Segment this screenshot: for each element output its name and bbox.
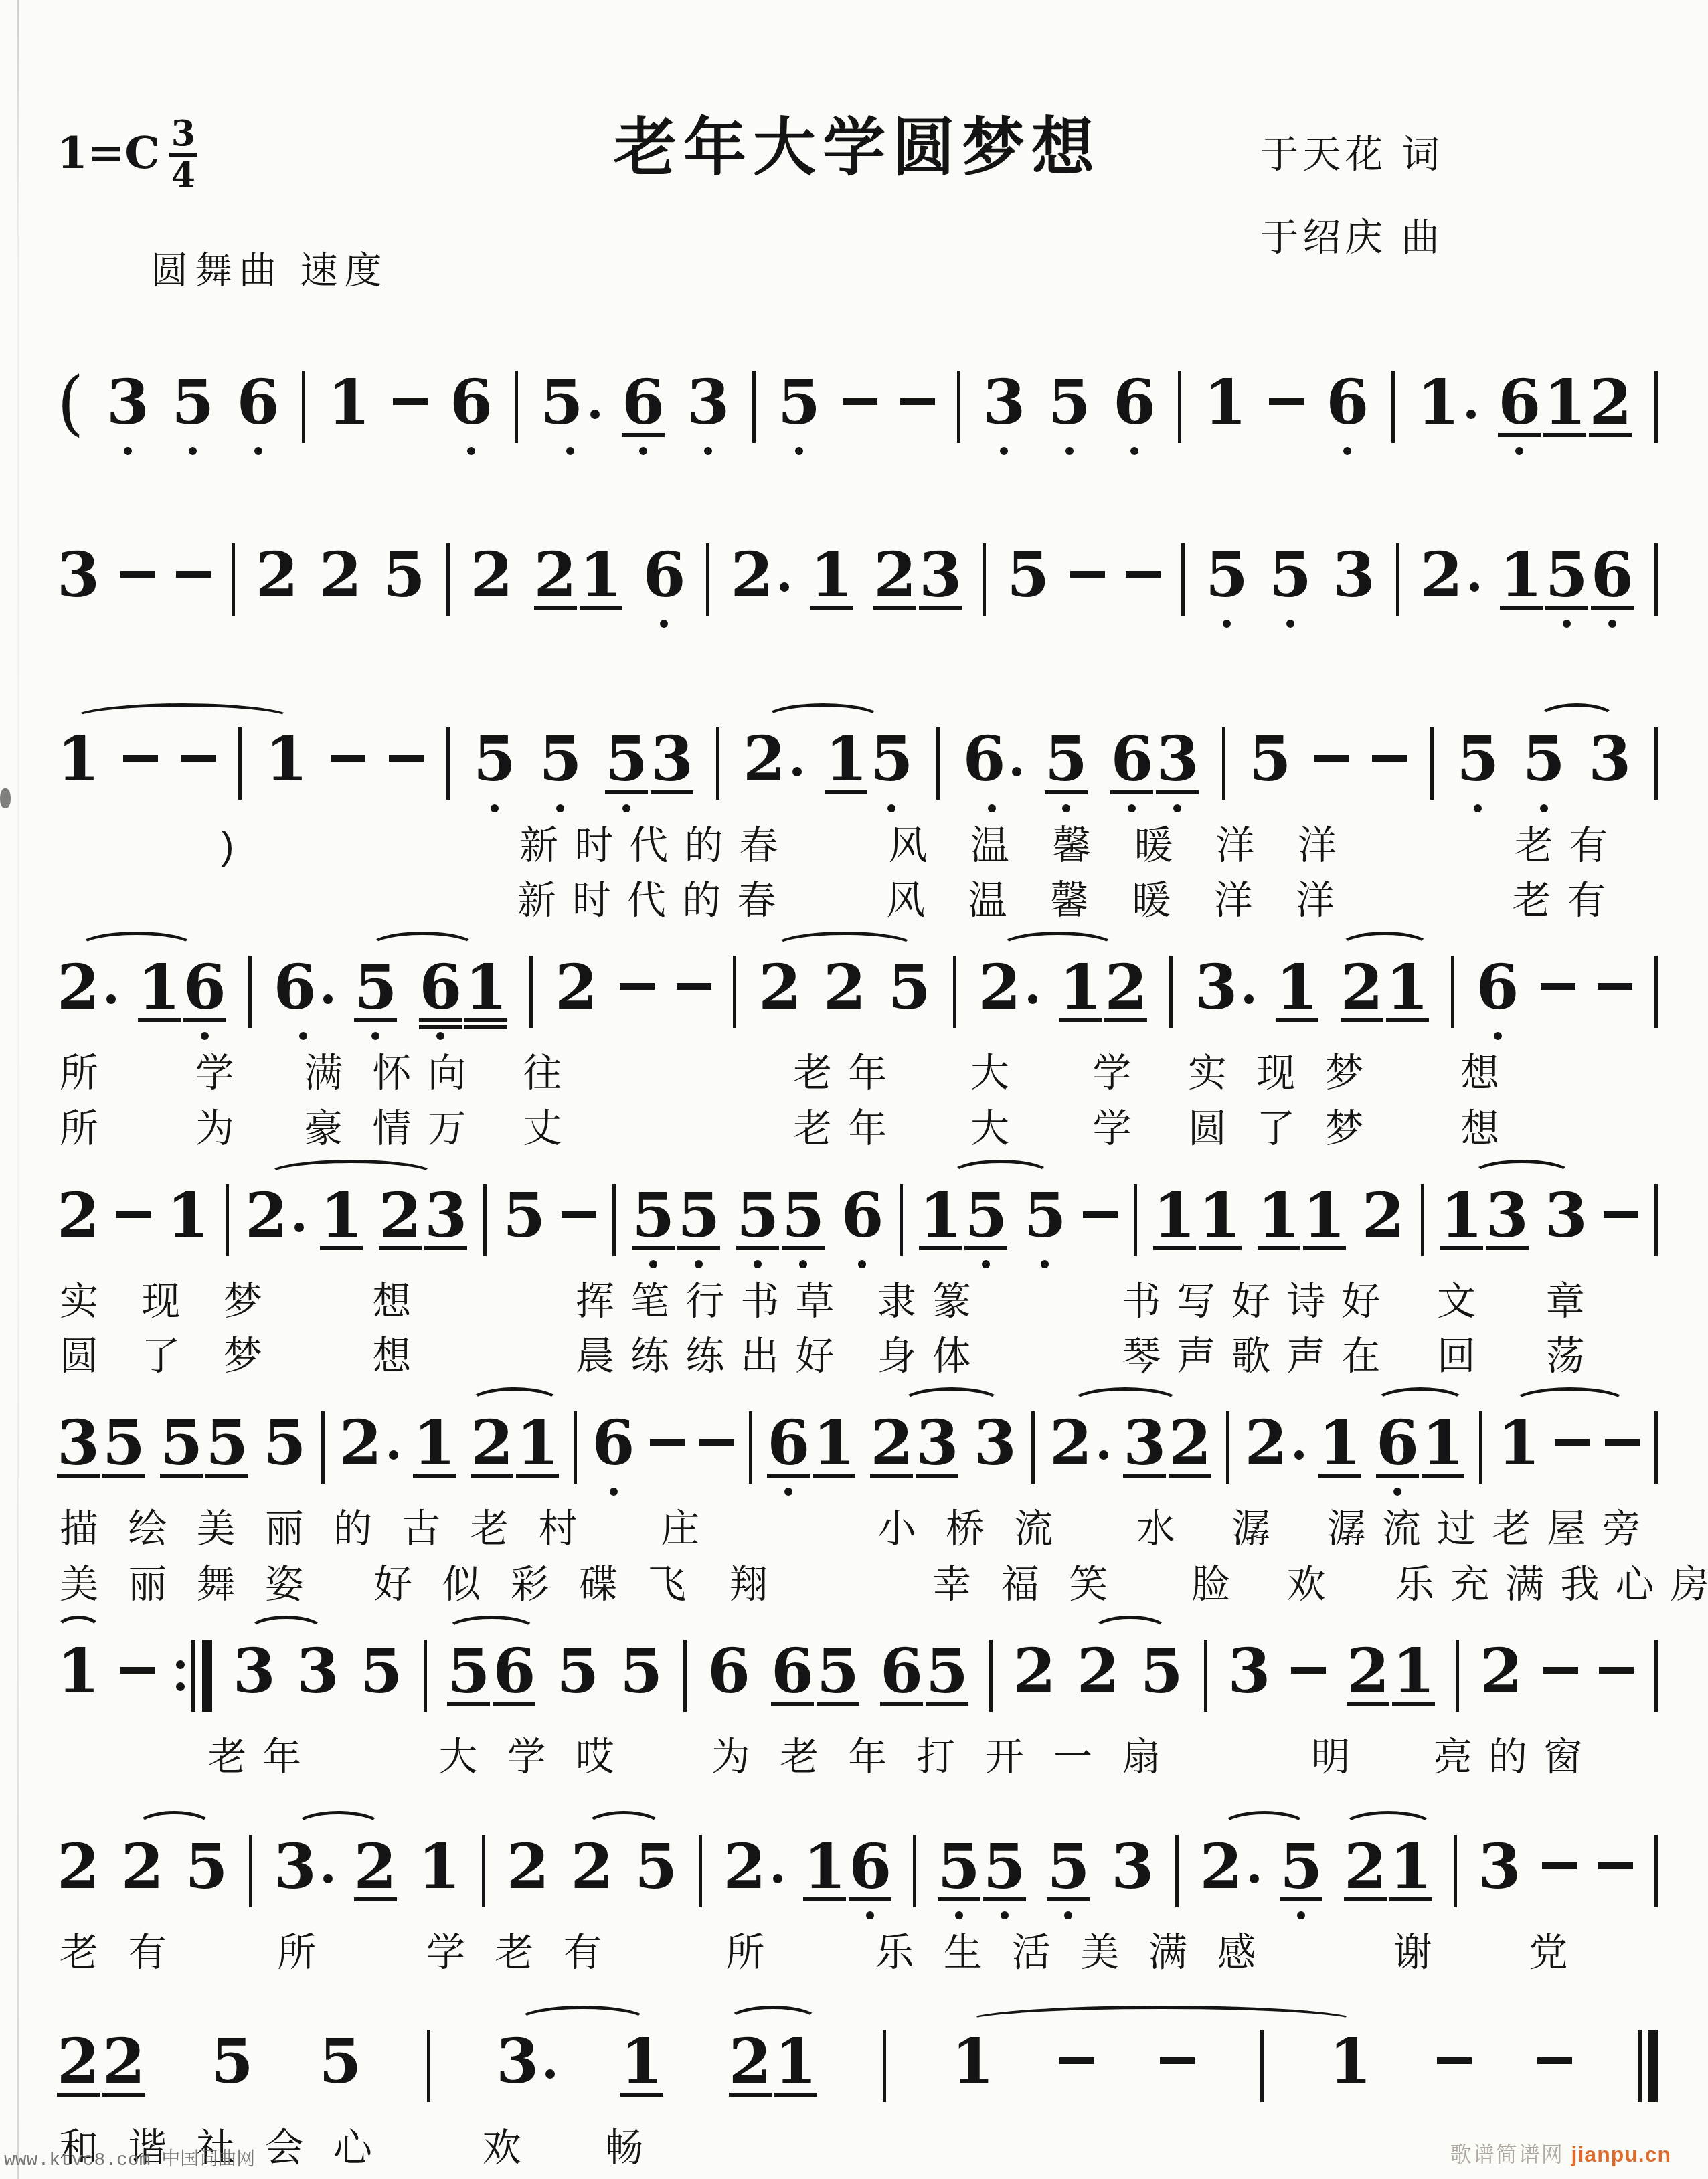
dash-continuation — [116, 1211, 151, 1218]
note-digit: 3 — [1478, 1840, 1521, 1893]
barline — [1175, 1835, 1179, 1907]
note: 5 — [360, 1645, 403, 1725]
barline — [529, 956, 533, 1028]
note: 1 — [774, 2035, 817, 2115]
note: 1 — [57, 1645, 100, 1725]
open-paren: ( — [57, 376, 84, 430]
final-barline — [1638, 2030, 1658, 2102]
duration-underline — [1258, 1246, 1300, 1250]
low-octave-dot — [1286, 620, 1294, 628]
lyrics-line: 美 丽 舞 姿 好 似 彩 碟 飞 翔 幸 福 笑 脸 欢 乐 充 满 我 心 … — [57, 1563, 1658, 1607]
duration-underline — [1110, 790, 1153, 794]
note-digit: 5 — [1523, 733, 1565, 785]
score-line: 225321225216555325213老 有 所 学 老 有 所 乐 生 活… — [57, 1811, 1658, 1976]
note-digit: 3 — [296, 1645, 339, 1697]
barline — [957, 371, 960, 443]
low-octave-dot — [660, 620, 668, 628]
low-octave-dot — [639, 447, 647, 455]
duration-underline — [916, 1474, 958, 1478]
note-digit: 5 — [263, 1417, 306, 1469]
note-digit: 1 — [1500, 549, 1543, 601]
duration-underline — [870, 1474, 913, 1478]
note: 5 — [1140, 1645, 1183, 1725]
note: 2 — [729, 2035, 772, 2115]
note-digit: 1 — [1153, 1189, 1196, 1241]
note-digit: 5 — [1045, 733, 1088, 785]
note-digit: 2 — [1341, 961, 1383, 1013]
note: 2 — [1077, 1645, 1120, 1725]
note-digit: 6 — [1376, 1417, 1419, 1469]
note-digit: 5 — [1048, 376, 1091, 428]
duration-underline — [880, 1702, 923, 1706]
note: 3 — [233, 1645, 276, 1725]
note: 2 — [1049, 1417, 1108, 1496]
note-digit: 2 — [534, 549, 577, 601]
low-octave-dot — [1064, 1911, 1072, 1919]
duration-underline — [447, 1702, 490, 1706]
duration-underline — [57, 1474, 100, 1478]
note-digit: 5 — [473, 733, 516, 785]
barline — [1456, 1640, 1459, 1712]
note-digit: 6 — [880, 1645, 923, 1697]
duration-underline — [938, 1897, 980, 1901]
note: 5 — [211, 2035, 254, 2115]
dash-continuation — [1083, 1211, 1118, 1218]
dash-continuation — [1537, 2057, 1572, 2064]
duration-underline — [1318, 1474, 1361, 1478]
barline — [1479, 1411, 1482, 1484]
note: 2 — [1344, 1840, 1387, 1920]
note: 6 — [1591, 549, 1634, 628]
barline — [424, 1640, 427, 1712]
duration-underline — [983, 1897, 1026, 1901]
beamed-group: 156 — [1500, 549, 1634, 628]
note-digit: 3 — [1545, 1189, 1588, 1241]
note-digit: 6 — [592, 1417, 635, 1469]
note: 2 — [57, 961, 116, 1041]
duration-underline — [1344, 1897, 1387, 1901]
note: 6 — [622, 376, 665, 456]
note: 5 — [632, 1189, 675, 1269]
dash-continuation — [1372, 755, 1407, 762]
beamed-group: 15 — [919, 1189, 1007, 1269]
dash-continuation — [650, 1439, 685, 1446]
note: 1 — [919, 1189, 962, 1269]
note: 1 — [1276, 961, 1318, 1041]
note: 1 — [951, 2035, 994, 2115]
note: 5 — [1023, 1189, 1066, 1269]
note: 5 — [778, 376, 821, 456]
duration-underline — [1389, 1897, 1432, 1901]
beamed-group: 21 — [471, 1417, 559, 1496]
lyrics-line: 圆 了 梦 想 晨 练 练 出 好 身 体 琴 声 歌 声 在 回 荡 — [57, 1334, 1658, 1379]
low-octave-dot — [887, 804, 895, 812]
note-digit: 2 — [1049, 1417, 1092, 1469]
note: 1 — [464, 961, 507, 1041]
note-digit: 1 — [1276, 961, 1318, 1013]
note: 5 — [1269, 549, 1312, 628]
note: 1 — [1392, 1645, 1435, 1725]
duration-underline — [1059, 1018, 1102, 1022]
barline — [883, 2030, 886, 2102]
barline — [1654, 727, 1658, 800]
duration-underline — [1347, 1702, 1389, 1706]
note-digit: 1 — [1204, 376, 1247, 428]
note-digit: 5 — [964, 1189, 1007, 1241]
note-digit: 1 — [138, 961, 181, 1013]
note: 6 — [1376, 1417, 1419, 1496]
note-digit: 1 — [825, 733, 867, 785]
low-octave-dot — [254, 447, 262, 455]
note: 2 — [743, 733, 802, 812]
note-digit: 2 — [823, 961, 866, 1013]
note: 5 — [354, 961, 397, 1041]
note-digit: 2 — [1200, 1840, 1243, 1893]
low-octave-dot — [982, 1260, 990, 1268]
beamed-group: 12 — [1059, 961, 1147, 1041]
note: 1 — [1386, 961, 1429, 1041]
low-octave-dot — [1001, 1911, 1009, 1919]
duration-underline — [580, 606, 622, 610]
note-digit: 2 — [57, 2035, 100, 2087]
note: 2 — [1169, 1417, 1211, 1496]
low-octave-dot — [866, 1911, 874, 1919]
barline — [1421, 1184, 1424, 1256]
note: 1 — [1059, 961, 1102, 1041]
duration-underline — [102, 1474, 145, 1478]
note-digit: 5 — [211, 2035, 254, 2087]
dash-continuation — [1541, 983, 1575, 990]
note: 5 — [205, 1417, 248, 1496]
note: 3 — [1333, 549, 1375, 628]
note: 1 — [1543, 376, 1586, 456]
note-digit: 1 — [580, 549, 622, 601]
low-octave-dot — [371, 1032, 379, 1040]
note: 1 — [1500, 549, 1543, 628]
note: 3 — [1486, 1189, 1529, 1269]
augmentation-dot — [1250, 1874, 1259, 1883]
credits: 于天花 词 于绍庆 曲 — [1260, 124, 1444, 262]
scan-edge-artifact — [17, 0, 19, 2179]
note-digit: 1 — [1258, 1189, 1300, 1241]
note: 6 — [274, 961, 333, 1041]
notation-row: 2166561222521231216 — [57, 932, 1658, 1041]
note-digit: 6 — [622, 376, 665, 428]
note-digit: 2 — [723, 1840, 766, 1893]
note: 2 — [758, 961, 801, 1041]
note: 6 — [643, 549, 685, 628]
low-octave-dot — [704, 447, 712, 455]
watermark-right: 歌谱简谱网 jianpu.cn — [1450, 2138, 1671, 2168]
dash-continuation — [1555, 1439, 1590, 1446]
note-digit: 6 — [707, 1645, 750, 1697]
note-digit: 3 — [233, 1645, 276, 1697]
note: 1 — [413, 1417, 456, 1496]
barline — [446, 543, 450, 616]
barline — [238, 727, 242, 800]
note: 2 — [730, 549, 789, 628]
note: 6 — [1110, 733, 1153, 812]
note: 1 — [1204, 376, 1247, 456]
note-digit: 6 — [1591, 549, 1634, 601]
note-digit: 6 — [183, 961, 226, 1013]
dash-continuation — [562, 1211, 596, 1218]
barline — [699, 1835, 702, 1907]
note: 2 — [102, 2035, 145, 2115]
low-octave-dot — [201, 1032, 209, 1040]
note-digit: 3 — [1111, 1840, 1154, 1893]
lyrics-line: 所 学 满 怀 向 往 老 年 大 学 实 现 梦 想 — [57, 1051, 1658, 1096]
barline — [1654, 543, 1658, 616]
note: 3 — [1588, 733, 1631, 812]
slur-arc — [1512, 1387, 1627, 1418]
augmentation-dot — [545, 2069, 555, 2079]
beamed-group: 61 — [419, 961, 507, 1041]
dash-continuation — [1604, 1211, 1638, 1218]
note-digit: 2 — [121, 1840, 164, 1893]
note-digit: 5 — [1023, 1189, 1066, 1241]
note-digit: 5 — [1140, 1645, 1183, 1697]
note: 1 — [825, 733, 867, 812]
note-digit: 6 — [1498, 376, 1541, 428]
duration-underline — [493, 1702, 535, 1706]
note-digit: 1 — [1417, 376, 1460, 428]
duration-underline — [782, 1246, 825, 1250]
score: (356165635356161612322522162123555321561… — [57, 347, 1658, 2170]
dash-continuation — [389, 755, 424, 762]
barline — [1391, 371, 1395, 443]
note-digit: 5 — [605, 733, 648, 785]
note-digit: 5 — [1248, 733, 1291, 785]
duration-underline — [1386, 1018, 1429, 1022]
barline — [706, 543, 709, 616]
dash-continuation — [1605, 1439, 1640, 1446]
duration-underline — [919, 606, 962, 610]
augmentation-dot — [1099, 1450, 1108, 1460]
note-digit: 3 — [1123, 1417, 1166, 1469]
dash-continuation — [1160, 2057, 1195, 2064]
slur-arc — [78, 932, 195, 962]
note-digit: 6 — [419, 961, 462, 1013]
note: 1 — [320, 1189, 363, 1269]
duration-underline — [622, 433, 665, 437]
note-digit: 1 — [1318, 1417, 1361, 1469]
note: 1 — [57, 733, 100, 812]
barline — [1654, 1184, 1658, 1256]
lyrics-line: 老 有 所 学 老 有 所 乐 生 活 美 满 感 谢 党 — [57, 1931, 1658, 1976]
note-digit: 2 — [555, 961, 598, 1013]
slur-arc — [901, 1387, 1001, 1418]
barline — [226, 1184, 229, 1256]
note: 5 — [447, 1645, 490, 1725]
barline — [1204, 1640, 1207, 1712]
note-digit: 5 — [1280, 1840, 1322, 1893]
note-digit: 5 — [938, 1840, 980, 1893]
note-digit: 5 — [171, 376, 214, 428]
barline — [900, 1184, 903, 1256]
note-digit: 6 — [1113, 376, 1156, 428]
note-digit: 2 — [354, 1840, 397, 1893]
slur-arc — [1092, 1616, 1168, 1646]
barline — [515, 371, 518, 443]
beamed-group: 11 — [1153, 1189, 1242, 1269]
note-digit: 3 — [1333, 549, 1375, 601]
duration-underline — [1303, 1246, 1346, 1250]
barline — [1181, 543, 1185, 616]
note-digit: 2 — [570, 1840, 613, 1893]
low-octave-dot — [1000, 447, 1008, 455]
note-digit: 1 — [413, 1417, 456, 1469]
beamed-group: 65 — [771, 1645, 859, 1725]
dash-continuation — [1291, 1667, 1326, 1674]
note: 3 — [274, 1840, 333, 1920]
note: 6 — [237, 376, 280, 456]
note-digit: 1 — [1422, 1417, 1464, 1469]
barline — [321, 1411, 325, 1484]
beamed-group: 55 — [938, 1840, 1026, 1920]
duration-underline — [771, 1702, 814, 1706]
watermark-site-name: 歌谱简谱网 — [1450, 2142, 1564, 2166]
barline — [983, 543, 986, 616]
slur-arc — [248, 1616, 324, 1646]
notation-row: 13355655665652253212 — [57, 1616, 1658, 1725]
note-digit: 2 — [1589, 376, 1632, 428]
note: 1 — [1417, 376, 1476, 456]
note-digit: 1 — [1389, 1840, 1432, 1893]
dash-continuation — [1598, 1862, 1633, 1869]
dash-continuation — [120, 571, 155, 578]
note-digit: 2 — [870, 1417, 913, 1469]
barline — [913, 1835, 916, 1907]
beamed-group: 55 — [160, 1417, 248, 1496]
note-digit: 5 — [383, 549, 426, 601]
notation-row: 2255312111 — [57, 2006, 1658, 2115]
note: 1 — [1497, 1417, 1540, 1496]
note: 2 — [873, 549, 916, 628]
duration-underline — [736, 1246, 779, 1250]
lyrics-line: 实 现 梦 想 挥 笔 行 书 草 隶 篆 书 写 好 诗 好 文 章 — [57, 1280, 1658, 1324]
notation-row: 225321225216555325213 — [57, 1811, 1658, 1920]
lyrics-line: ) 新 时 代 的 春 风 温 馨 暖 洋 洋 老 有 — [57, 824, 1658, 869]
note: 5 — [620, 1645, 663, 1725]
note: 3 — [974, 1417, 1017, 1496]
note-digit: 1 — [320, 1189, 363, 1241]
note: 5 — [1248, 733, 1291, 812]
note: 3 — [424, 1189, 467, 1269]
note: 5 — [503, 1189, 545, 1269]
augmentation-dot — [590, 410, 600, 419]
watermark-left: www.ktvc8.com 中国词曲网 — [4, 2144, 255, 2171]
note: 6 — [450, 376, 493, 456]
note: 3 — [296, 1645, 339, 1725]
note: 2 — [1362, 1189, 1405, 1269]
barline — [482, 1835, 485, 1907]
augmentation-dot — [1466, 410, 1476, 419]
augmentation-dot — [1012, 767, 1021, 776]
duration-underline — [1199, 1246, 1242, 1250]
note: 1 — [327, 376, 370, 456]
note: 2 — [823, 961, 866, 1041]
score-line: 2166561222521231216所 学 满 怀 向 往 老 年 大 学 实… — [57, 932, 1658, 1152]
dash-continuation — [1059, 2057, 1094, 2064]
note-digit: 1 — [167, 1189, 209, 1241]
duration-underline — [1545, 606, 1588, 610]
duration-underline — [632, 1246, 675, 1250]
note: 5 — [938, 1840, 980, 1920]
note: 6 — [849, 1840, 891, 1920]
barline — [752, 371, 756, 443]
slur-arc — [266, 1160, 436, 1191]
dash-continuation — [900, 398, 935, 405]
beamed-group: 612 — [1498, 376, 1632, 456]
slur-arc — [294, 1811, 382, 1842]
score-line: 21212355555615511112133实 现 梦 想 挥 笔 行 书 草… — [57, 1160, 1658, 1380]
note: 5 — [926, 1645, 968, 1725]
note: 5 — [1523, 733, 1565, 812]
note: 1 — [1303, 1189, 1346, 1269]
lyricist-credit: 于天花 词 — [1260, 124, 1444, 179]
note: 3 — [919, 549, 962, 628]
lyrics-line: 和 谐 社 会 心 欢 畅 — [57, 2126, 1658, 2171]
note: 5 — [736, 1189, 779, 1269]
note-digit: 6 — [849, 1840, 891, 1893]
low-octave-dot — [988, 804, 996, 812]
notation-row: 32252216212355532156 — [57, 519, 1658, 628]
slur-arc — [999, 932, 1116, 962]
note-digit: 2 — [1344, 1840, 1387, 1893]
note: 2 — [978, 961, 1037, 1041]
note-digit: 2 — [1013, 1645, 1056, 1697]
beamed-group: 21 — [1344, 1840, 1432, 1920]
note: 2 — [245, 1189, 304, 1269]
duration-underline — [873, 606, 916, 610]
dash-continuation — [393, 398, 428, 405]
note-digit: 2 — [256, 549, 298, 601]
note-digit: 2 — [743, 733, 786, 785]
note: 2 — [555, 961, 598, 1041]
duration-underline — [817, 1702, 859, 1706]
barline — [1654, 956, 1658, 1028]
duration-underline — [810, 606, 853, 610]
duration-underline — [1169, 1474, 1211, 1478]
barline — [1396, 543, 1399, 616]
duration-underline — [1045, 790, 1088, 794]
beamed-group: 63 — [1110, 733, 1199, 812]
note-digit: 5 — [1007, 549, 1049, 601]
note-digit: 5 — [160, 1417, 203, 1469]
note-digit: 5 — [870, 733, 913, 785]
note: 6 — [493, 1645, 535, 1725]
barline — [1226, 1411, 1229, 1484]
note-digit: 6 — [237, 376, 280, 428]
note-digit: 5 — [634, 1840, 677, 1893]
note: 2 — [1013, 1645, 1056, 1725]
low-octave-dot — [1173, 804, 1181, 812]
note-digit: 5 — [782, 1189, 825, 1241]
note: 5 — [1048, 376, 1091, 456]
low-octave-dot — [695, 1260, 703, 1268]
dash-continuation — [1543, 1667, 1578, 1674]
note: 1 — [418, 1840, 460, 1920]
note-digit: 6 — [767, 1417, 810, 1469]
slur-arc — [445, 1616, 537, 1646]
duration-underline — [354, 1897, 397, 1901]
slur-arc — [1471, 1160, 1572, 1191]
note-digit: 3 — [57, 1417, 100, 1469]
note-digit: 1 — [57, 733, 100, 785]
note: 1 — [810, 549, 853, 628]
low-octave-dot — [799, 1260, 807, 1268]
